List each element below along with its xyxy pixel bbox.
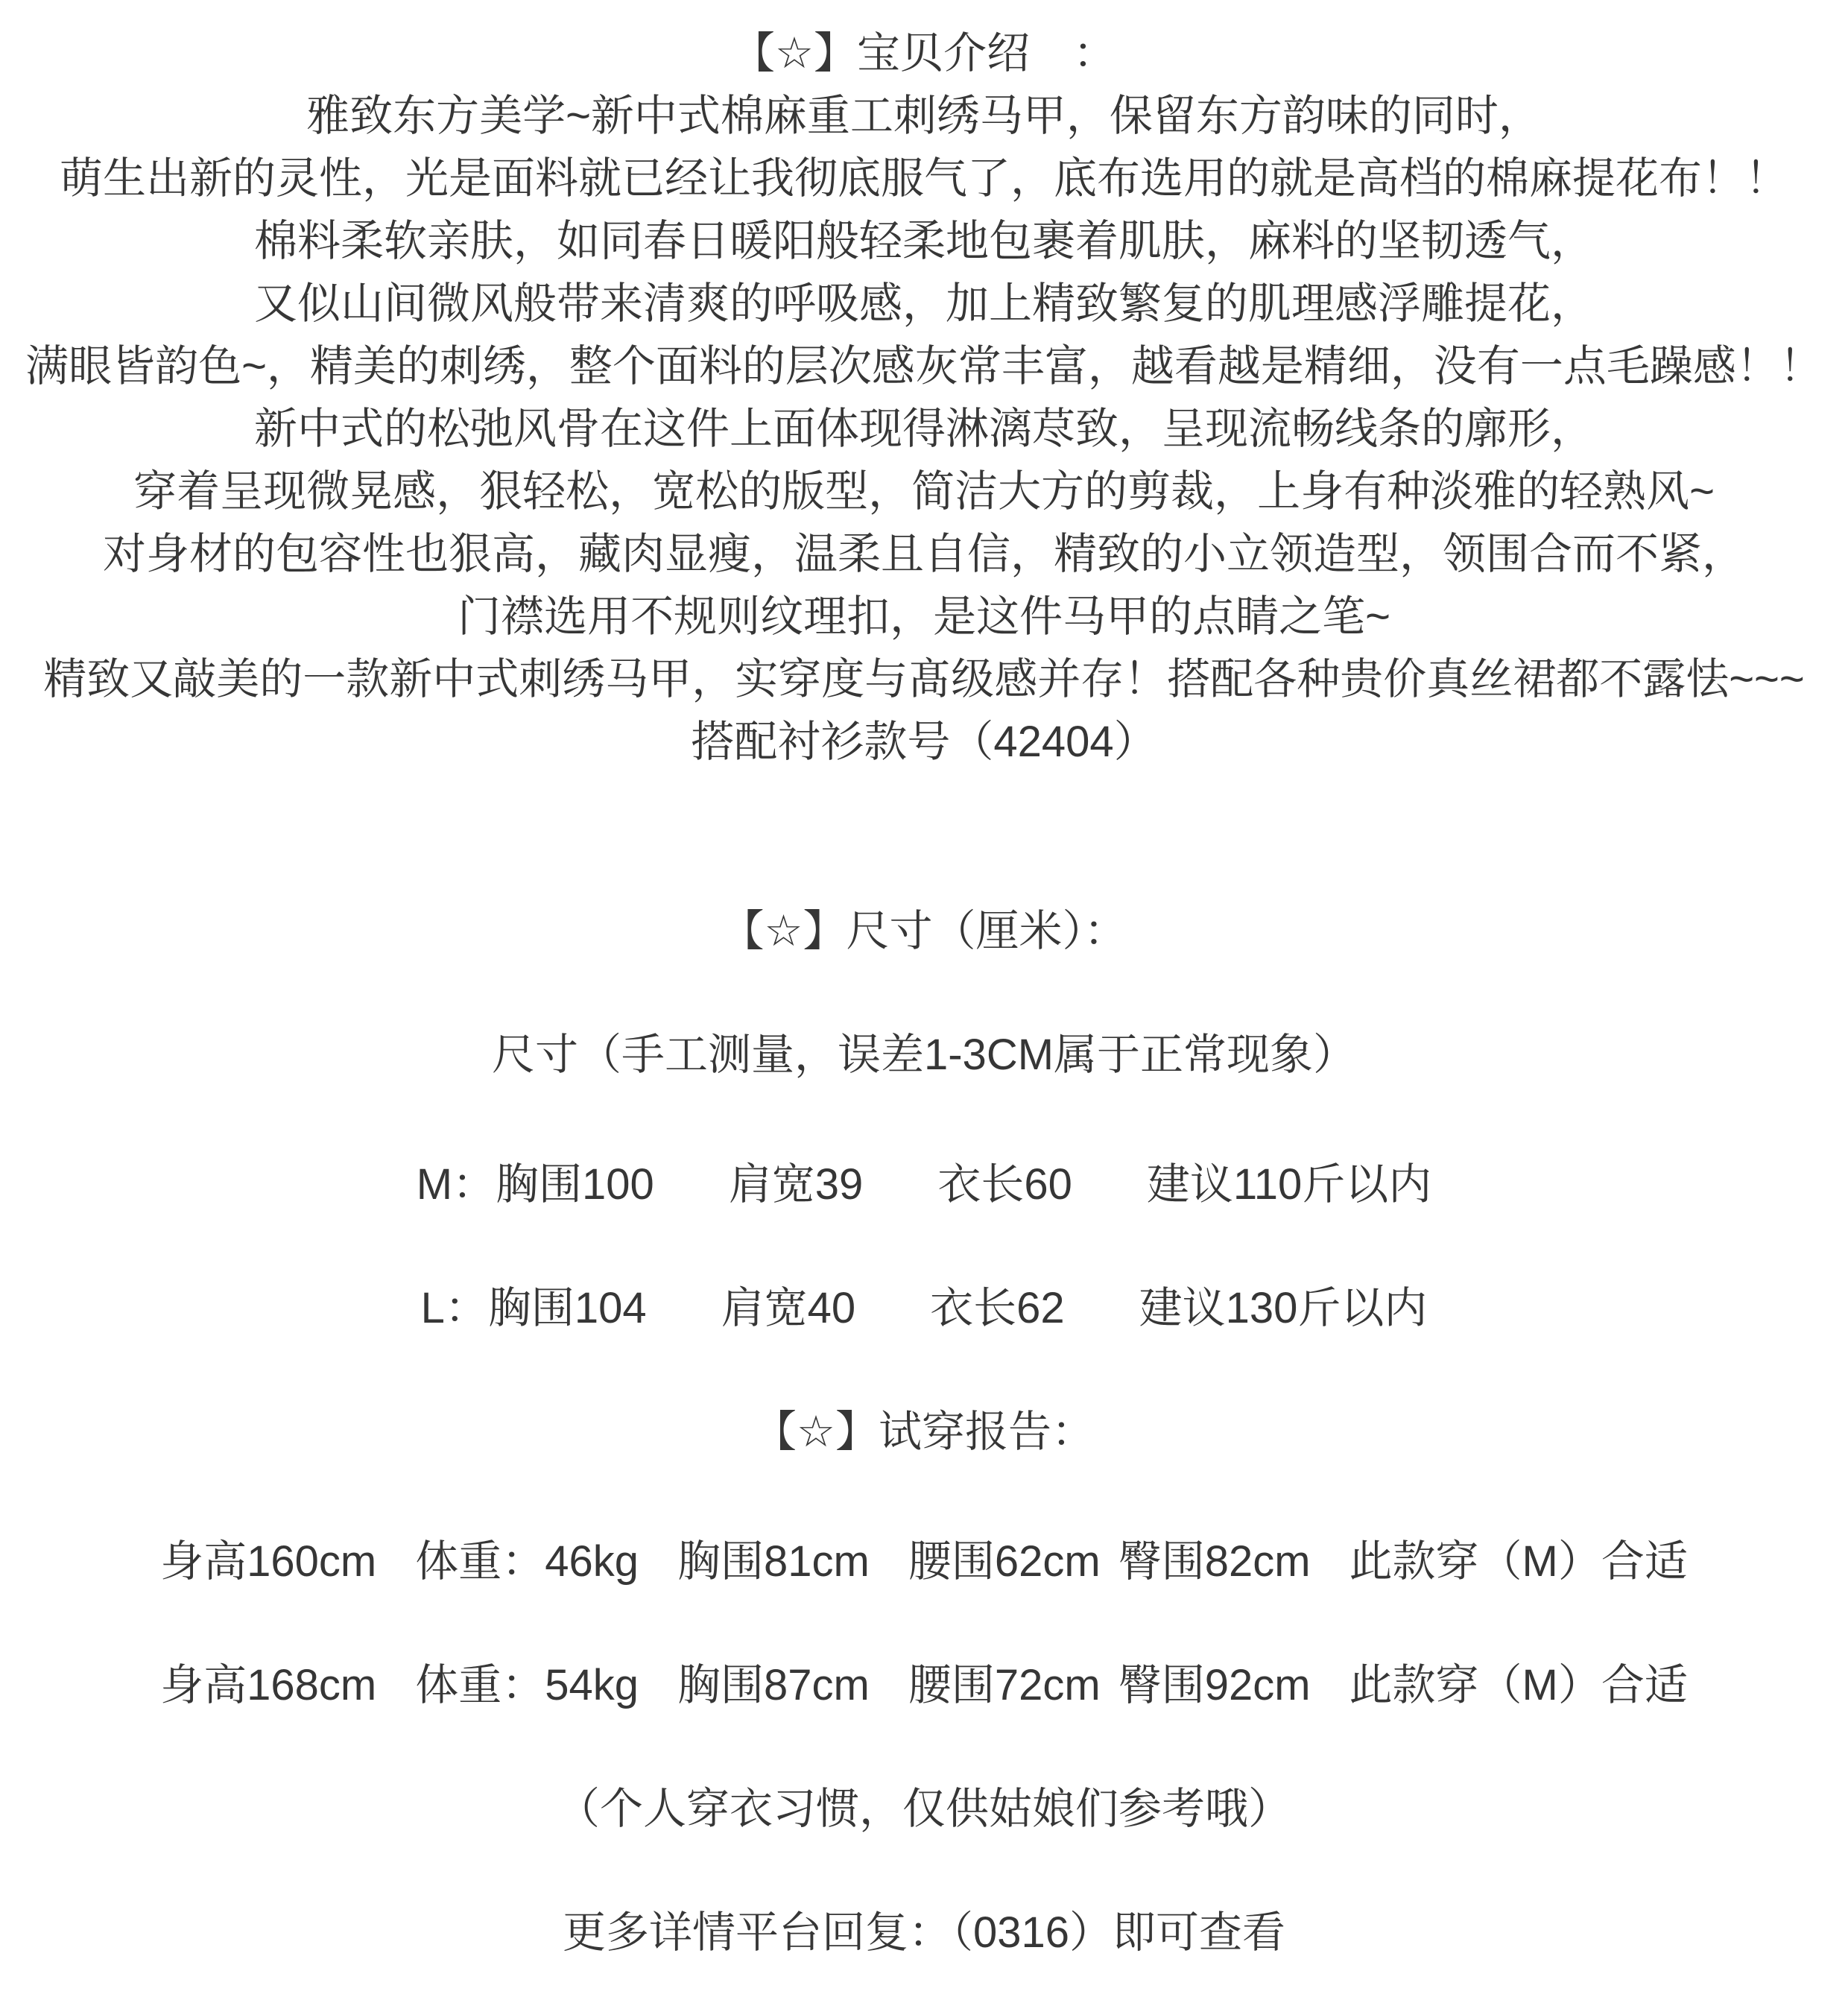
sizes-note: 尺寸（手工测量，误差1-3CM属于正常现象） (0, 1024, 1848, 1086)
intro-line: 新中式的松弛风骨在这件上面体现得淋漓荩致，呈现流畅线条的廓形， (0, 398, 1848, 461)
size-length: 衣长60 (937, 1160, 1072, 1209)
tryon-bust: 胸围81cm (677, 1537, 870, 1586)
size-row-l: L：胸围104肩宽40衣长62建议130斤以内 (0, 1277, 1848, 1340)
size-row-m: M：胸围100肩宽39衣长60建议110斤以内 (0, 1154, 1848, 1216)
tryon-hip: 臀围92cm (1118, 1661, 1311, 1709)
try-on-section: 【☆】试穿报告： 身高160cm体重：46kg胸围81cm腰围62cm臀围82c… (0, 1401, 1848, 1841)
intro-line: 棉料柔软亲肤，如同春日暖阳般轻柔地包裹着肌肤，麻料的坚韧透气， (0, 210, 1848, 273)
sizes-section: 【☆】尺寸（厘米）： 尺寸（手工测量，误差1-3CM属于正常现象） M：胸围10… (0, 900, 1848, 1340)
tryon-height: 身高168cm (160, 1661, 376, 1709)
intro-line: 精致又敲美的一款新中式刺绣马甲，实穿度与髙级感并存！搭配各种贵价真丝裙都不露怯~… (0, 648, 1848, 711)
tryon-fit: 此款穿（M）合适 (1349, 1537, 1688, 1586)
try-on-header: 【☆】试穿报告： (0, 1401, 1848, 1463)
tryon-height: 身高160cm (160, 1537, 376, 1586)
intro-line: 萌生出新的灵性，光是面料就已经让我彻底服气了，底布选用的就是高档的棉麻提花布！！ (0, 148, 1848, 210)
intro-line: 对身材的包容性也狠高，藏肉显瘦，温柔且自信，精致的小立领造型，领围合而不紧， (0, 523, 1848, 586)
size-suggestion: 建议110斤以内 (1147, 1160, 1431, 1209)
intro-line: 搭配衬衫款号（42404） (0, 711, 1848, 773)
size-bust: 胸围100 (496, 1160, 654, 1209)
product-description-page: 【☆】宝贝介绍 ： 雅致东方美学~新中式棉麻重工刺绣马甲，保留东方韵味的同时， … (0, 0, 1848, 2000)
size-label: M： (417, 1160, 496, 1209)
tryon-weight: 体重：46kg (415, 1537, 639, 1586)
intro-line: 又似山间微风般带来清爽的呼吸感，加上精致繁复的肌理感浮雕提花， (0, 273, 1848, 335)
tryon-weight: 体重：54kg (415, 1661, 639, 1709)
size-label: L： (421, 1284, 488, 1332)
tryon-fit: 此款穿（M）合适 (1349, 1661, 1688, 1709)
try-on-row: 身高160cm体重：46kg胸围81cm腰围62cm臀围82cm此款穿（M）合适 (0, 1531, 1848, 1593)
tryon-bust: 胸围87cm (677, 1661, 870, 1709)
try-on-note: （个人穿衣习惯，仅供姑娘们参考哦） (0, 1778, 1848, 1841)
intro-line: 穿着呈现微晃感，狠轻松，宽松的版型，简洁大方的剪裁，上身有种淡雅的轻熟风~ (0, 461, 1848, 523)
intro-line: 满眼皆韵色~，精美的刺绣，整个面料的层次感灰常丰富，越看越是精细，没有一点毛躁感… (0, 335, 1848, 398)
size-shoulder: 肩宽39 (729, 1160, 864, 1209)
intro-section: 【☆】宝贝介绍 ： 雅致东方美学~新中式棉麻重工刺绣马甲，保留东方韵味的同时， … (0, 22, 1848, 773)
sizes-header: 【☆】尺寸（厘米）： (0, 900, 1848, 963)
tryon-waist: 腰围72cm (908, 1661, 1101, 1709)
intro-line: 门襟选用不规则纹理扣，是这件马甲的点睛之笔~ (0, 586, 1848, 648)
size-suggestion: 建议130斤以内 (1139, 1284, 1428, 1332)
tryon-waist: 腰围62cm (908, 1537, 1101, 1586)
tryon-hip: 臀围82cm (1118, 1537, 1311, 1586)
size-bust: 胸围104 (488, 1284, 647, 1332)
footer-reply-note: 更多详情平台回复：（0316）即可查看 (0, 1902, 1848, 1964)
intro-line: 雅致东方美学~新中式棉麻重工刺绣马甲，保留东方韵味的同时， (0, 85, 1848, 148)
intro-header: 【☆】宝贝介绍 ： (0, 22, 1848, 85)
try-on-row: 身高168cm体重：54kg胸围87cm腰围72cm臀围92cm此款穿（M）合适 (0, 1654, 1848, 1717)
size-length: 衣长62 (930, 1284, 1065, 1332)
size-shoulder: 肩宽40 (721, 1284, 856, 1332)
